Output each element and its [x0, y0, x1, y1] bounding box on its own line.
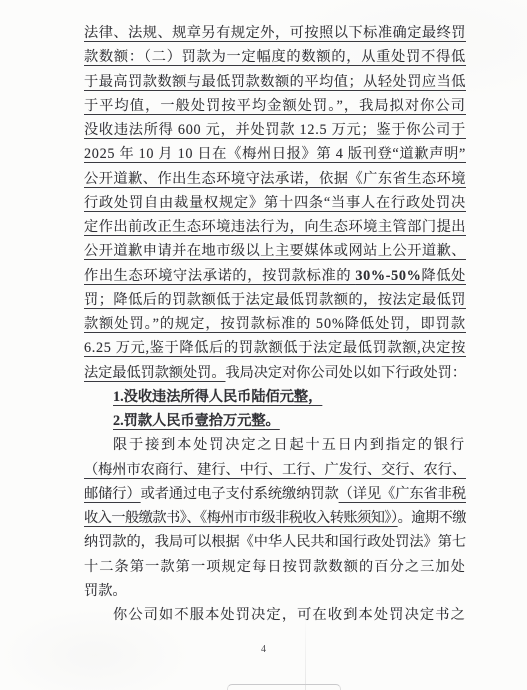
text-segment: 1.没收违法所得人民币陆佰元整， [113, 389, 322, 405]
scan-crease-line [305, 615, 306, 690]
text-segment: 定作出前改正生态环境违法行为，向生态环境主管部门提出 [84, 219, 466, 235]
page-number: 4 [0, 644, 527, 655]
text-line: 罚款。 [84, 579, 466, 603]
text-line: 邮储行）或者通过电子支付系统缴纳罚款（详见《广东省非税 [84, 482, 466, 506]
text-line: 收入一般缴款书》、《梅州市市级非税收入转账须知》）。逾期不缴 [84, 506, 466, 530]
document-page: 法律、法规、规章另有规定外，可按照以下标准确定最终罚款数额：（二）罚款为一定幅度… [0, 0, 527, 690]
text-line: （梅州市农商行、建行、中行、工行、广发行、交行、农行、 [84, 458, 466, 482]
text-segment: 纳罚款的，我局可以根据《中华人民共和国行政处罚法》第七 [84, 534, 466, 550]
scan-artifact [227, 684, 341, 690]
text-line: 于最高罚款数额与最低罚款数额的平均值；从轻处罚应当低 [84, 70, 466, 94]
text-line: 作出生态环境守法承诺的，按罚款标准的 30%-50%降低处 [84, 264, 466, 288]
text-segment: 邮储行） [84, 486, 141, 502]
text-line: 于平均值，一般处罚按平均金额处罚。”，我局拟对你公司 [84, 94, 466, 118]
text-segment: 30%-50% [355, 268, 421, 284]
document-body: 法律、法规、规章另有规定外，可按照以下标准确定最终罚款数额：（二）罚款为一定幅度… [84, 21, 466, 627]
text-segment: 十二条第一款第一项规定每日按罚款数额的百分之三加处 [84, 559, 466, 575]
text-segment: 行政处罚自由裁量权规定》第十四条“当事人在行政处罚决 [84, 195, 466, 211]
text-segment: 2.罚款人民币壹拾万元整。 [113, 413, 280, 429]
text-segment: 作出生态环境守法承诺的，按罚款标准的 [84, 268, 355, 284]
text-segment: 公开道歉申请并在地市级以上主要媒体或网站上公开道歉、 [84, 243, 466, 259]
text-line: 法律、法规、规章另有规定外，可按照以下标准确定最终罚 [84, 21, 466, 45]
text-line: 行政处罚自由裁量权规定》第十四条“当事人在行政处罚决 [84, 191, 466, 215]
text-segment: 我局决定对你公司处以如下行政处罚： [225, 365, 466, 381]
text-segment: 降低处 [421, 268, 466, 284]
text-line: 纳罚款的，我局可以根据《中华人民共和国行政处罚法》第七 [84, 530, 466, 554]
text-segment: （详见《广东省非税 [339, 486, 466, 502]
text-segment: 款额处罚。”的规定，按罚款标准的 50%降低处罚，即罚款 [84, 316, 466, 332]
text-segment: 罚；降低后的罚款额低于法定最低罚款额的，按法定最低罚 [84, 292, 466, 308]
text-segment: 限于接到本处罚决定之日起十五日内到指定的银行 [113, 437, 466, 453]
text-segment: 公开道歉、作出生态环境守法承诺，依据《广东省生态环境 [84, 171, 466, 187]
text-segment: 没收违法所得 600 元，并处罚款 12.5 万元；鉴于你公司于 [84, 122, 466, 138]
text-line: 定作出前改正生态环境违法行为，向生态环境主管部门提出 [84, 215, 466, 239]
text-segment: 2025 年 10 月 10 日在《梅州日报》第 4 版刊登“道歉声明” [84, 146, 466, 162]
text-segment: 款数额：（二）罚款为一定幅度的数额的，从重处罚不得低 [84, 49, 466, 65]
text-line: 你公司如不服本处罚决定，可在收到本处罚决定书之 [84, 603, 466, 627]
text-line: 1.没收违法所得人民币陆佰元整， [84, 385, 466, 409]
text-segment: 收入一般缴款书》、《梅州市市级非税收入转账须知》） [84, 510, 398, 526]
text-segment: 罚款。 [84, 583, 127, 599]
text-line: 公开道歉、作出生态环境守法承诺，依据《广东省生态环境 [84, 167, 466, 191]
text-line: 6.25 万元,鉴于降低后的罚款额低于法定最低罚款额,决定按 [84, 336, 466, 360]
text-segment: 你公司如不服本处罚决定，可在收到本处罚决定书之 [113, 607, 466, 623]
text-segment: 于平均值，一般处罚按平均金额处罚。”，我局拟对你公司 [84, 98, 466, 114]
text-segment: 法定最低罚款额处罚。 [84, 365, 225, 381]
text-segment: 6.25 万元,鉴于降低后的罚款额低于法定最低罚款额,决定按 [84, 340, 466, 356]
text-segment: 。逾期不缴 [398, 510, 466, 526]
text-line: 款数额：（二）罚款为一定幅度的数额的，从重处罚不得低 [84, 45, 466, 69]
text-line: 没收违法所得 600 元，并处罚款 12.5 万元；鉴于你公司于 [84, 118, 466, 142]
text-segment: 或者通过电子支付系统缴纳罚款 [141, 486, 339, 502]
text-line: 罚；降低后的罚款额低于法定最低罚款额的，按法定最低罚 [84, 288, 466, 312]
text-line: 款额处罚。”的规定，按罚款标准的 50%降低处罚，即罚款 [84, 312, 466, 336]
text-line: 公开道歉申请并在地市级以上主要媒体或网站上公开道歉、 [84, 239, 466, 263]
text-line: 2025 年 10 月 10 日在《梅州日报》第 4 版刊登“道歉声明” [84, 142, 466, 166]
text-segment: （梅州市农商行、建行、中行、工行、广发行、交行、农行、 [84, 462, 466, 478]
text-line: 十二条第一款第一项规定每日按罚款数额的百分之三加处 [84, 555, 466, 579]
text-line: 法定最低罚款额处罚。我局决定对你公司处以如下行政处罚： [84, 361, 466, 385]
text-segment: 法律、法规、规章另有规定外，可按照以下标准确定最终罚 [84, 25, 466, 41]
text-line: 2.罚款人民币壹拾万元整。 [84, 409, 466, 433]
text-segment: 于最高罚款数额与最低罚款数额的平均值；从轻处罚应当低 [84, 74, 466, 90]
text-line: 限于接到本处罚决定之日起十五日内到指定的银行 [84, 433, 466, 457]
